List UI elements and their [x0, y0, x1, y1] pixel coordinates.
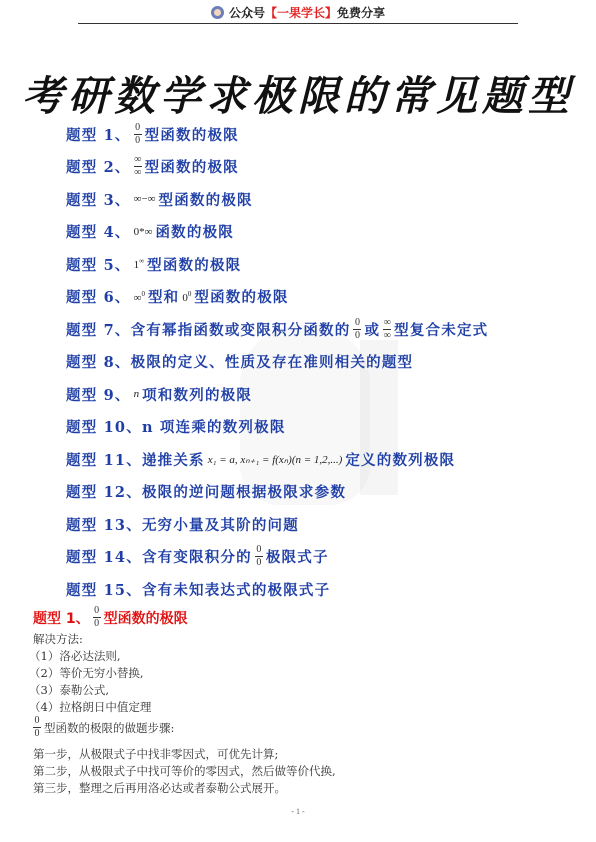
toc-label: 题型 1、 [66, 124, 131, 145]
toc-item-8: 题型 8、 极限的定义、性质及存在准则相关的题型 [66, 346, 566, 379]
toc-label: 题型 9、 [66, 384, 131, 405]
toc-label: 题型 4、 [66, 221, 131, 242]
toc-label: 题型 11、 [66, 449, 142, 470]
toc-text: 型复合未定式 [394, 319, 488, 340]
toc-label: 题型 14、 [66, 546, 142, 567]
page-number: - 1 - [0, 807, 596, 816]
toc-pre: 递推关系 [142, 449, 205, 470]
toc-item-15: 题型 15、 含有未知表达式的极限式子 [66, 573, 566, 606]
toc-label: 题型 13、 [66, 514, 142, 535]
method-item: （1）洛必达法则, [29, 648, 120, 664]
toc-text: 定义的数列极限 [345, 449, 455, 470]
toc-label: 题型 12、 [66, 481, 142, 502]
steps-title-text: 型函数的极限的做题步骤: [44, 720, 174, 736]
toc-item-6: 题型 6、 ∞0 型和 00 型函数的极限 [66, 281, 566, 314]
frac-zero-over-zero: 00 [255, 545, 263, 568]
toc-mid: 或 [364, 319, 380, 340]
toc-label: 题型 6、 [66, 286, 131, 307]
toc-math-a: ∞0 [134, 290, 145, 304]
section-label: 题型 1、 [33, 608, 90, 628]
toc-text: 型函数的极限 [194, 286, 288, 307]
toc-label: 题型 5、 [66, 254, 131, 275]
toc-item-12: 题型 12、 极限的逆问题根据极限求参数 [66, 476, 566, 509]
toc-item-11: 题型 11、 递推关系 x₁ = a, xₙ₊₁ = f(xₙ)(n = 1,2… [66, 443, 566, 476]
toc-label: 题型 15、 [66, 579, 142, 600]
toc-text: 无穷小量及其阶的问题 [142, 514, 299, 535]
header-divider [78, 23, 518, 24]
methods-title: 解决方法: [33, 631, 83, 647]
step-item: 第三步，整理之后再用洛必达或者泰勒公式展开。 [33, 780, 286, 796]
toc-pre: 含有幂指函数或变限积分函数的 [131, 319, 351, 340]
toc-list: 题型 1、 00 型函数的极限 题型 2、 ∞∞ 型函数的极限 题型 3、 ∞−… [66, 118, 566, 606]
header-brand: 【一果学长】 [265, 6, 337, 20]
page-header: 公众号【一果学长】免费分享 [0, 0, 596, 26]
toc-text: 含有未知表达式的极限式子 [142, 579, 330, 600]
toc-label: 题型 3、 [66, 189, 131, 210]
toc-text: 函数的极限 [155, 221, 234, 242]
toc-math: 0*∞ [134, 226, 153, 238]
toc-text: 极限式子 [266, 546, 329, 567]
step-item: 第一步，从极限式子中找非零因式，可优先计算; [33, 746, 278, 762]
toc-mid: 型和 [148, 286, 179, 307]
frac-inf-over-inf: ∞∞ [383, 318, 391, 341]
toc-pre: 含有变限积分的 [142, 546, 252, 567]
toc-math: ∞−∞ [134, 193, 156, 205]
frac-zero-over-zero: 00 [353, 318, 361, 341]
toc-math: x₁ = a, xₙ₊₁ = f(xₙ)(n = 1,2,...) [208, 453, 343, 466]
toc-text: 极限的逆问题根据极限求参数 [142, 481, 346, 502]
header-prefix: 公众号 [229, 6, 265, 20]
toc-label: 题型 10、 [66, 416, 142, 437]
section-text: 型函数的极限 [104, 608, 188, 628]
toc-text: n 项连乘的数列极限 [142, 416, 286, 437]
toc-item-13: 题型 13、 无穷小量及其阶的问题 [66, 508, 566, 541]
method-item: （3）泰勒公式, [29, 682, 109, 698]
frac-zero-over-zero: 00 [33, 716, 41, 739]
toc-item-9: 题型 9、 n 项和数列的极限 [66, 378, 566, 411]
toc-text: 型函数的极限 [147, 254, 241, 275]
toc-text: 极限的定义、性质及存在准则相关的题型 [131, 351, 414, 372]
frac-zero-over-zero: 00 [93, 606, 101, 629]
step-item: 第二步，从极限式子中找可等价的零因式，然后做等价代换, [33, 763, 336, 779]
toc-label: 题型 7、 [66, 319, 131, 340]
steps-title: 00 型函数的极限的做题步骤: [33, 716, 174, 739]
section-heading: 题型 1、 00 型函数的极限 [33, 606, 188, 629]
toc-math-b: 00 [182, 290, 191, 304]
method-item: （4）拉格朗日中值定理 [29, 699, 151, 715]
frac-inf-over-inf: ∞∞ [134, 155, 142, 178]
toc-item-10: 题型 10、 n 项连乘的数列极限 [66, 411, 566, 444]
toc-item-7: 题型 7、 含有幂指函数或变限积分函数的 00 或 ∞∞ 型复合未定式 [66, 313, 566, 346]
toc-text: 项和数列的极限 [142, 384, 252, 405]
header-suffix: 免费分享 [337, 6, 385, 20]
toc-label: 题型 2、 [66, 156, 131, 177]
toc-item-2: 题型 2、 ∞∞ 型函数的极限 [66, 151, 566, 184]
toc-math: n [134, 388, 140, 400]
toc-text: 型函数的极限 [145, 124, 239, 145]
avatar-icon [211, 6, 224, 19]
toc-text: 型函数的极限 [159, 189, 253, 210]
frac-zero-over-zero: 00 [134, 123, 142, 146]
page-title: 考研数学求极限的常见题型 [0, 63, 596, 122]
toc-math: 1∞ [134, 257, 145, 271]
toc-item-3: 题型 3、 ∞−∞ 型函数的极限 [66, 183, 566, 216]
toc-text: 型函数的极限 [145, 156, 239, 177]
header-banner: 公众号【一果学长】免费分享 [0, 4, 596, 21]
toc-item-14: 题型 14、 含有变限积分的 00 极限式子 [66, 541, 566, 574]
toc-item-4: 题型 4、 0*∞ 函数的极限 [66, 216, 566, 249]
method-item: （2）等价无穷小替换, [29, 665, 143, 681]
toc-item-1: 题型 1、 00 型函数的极限 [66, 118, 566, 151]
toc-label: 题型 8、 [66, 351, 131, 372]
toc-item-5: 题型 5、 1∞ 型函数的极限 [66, 248, 566, 281]
